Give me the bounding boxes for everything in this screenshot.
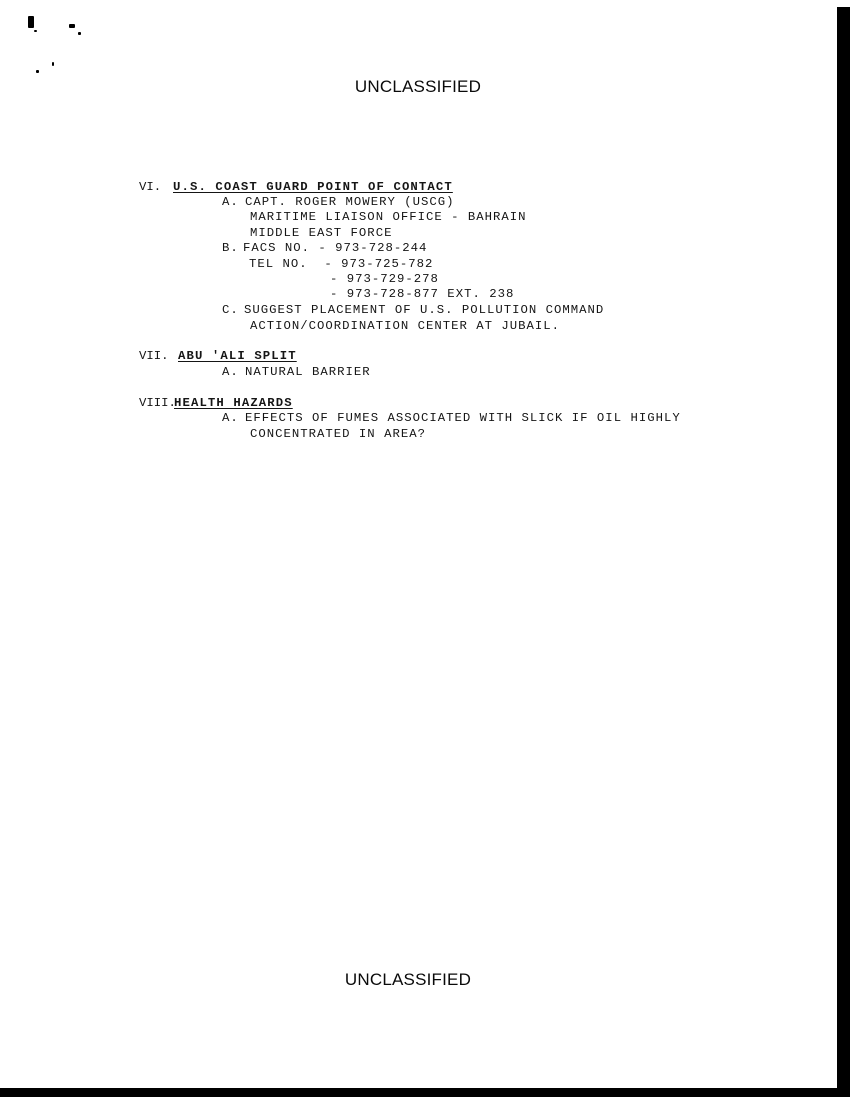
scan-speck bbox=[34, 30, 37, 32]
section-vi-item-a-label: A. bbox=[222, 195, 239, 211]
section-vi-item-b-label: B. bbox=[222, 241, 239, 257]
section-viii-item-a-label: A. bbox=[222, 411, 239, 427]
section-vi-item-a-line: CAPT. ROGER MOWERY (USCG) bbox=[245, 195, 454, 211]
section-vi-title: U.S. COAST GUARD POINT OF CONTACT bbox=[173, 180, 453, 196]
section-vi-item-c-label: C. bbox=[222, 303, 239, 319]
section-vi-item-a-line: MIDDLE EAST FORCE bbox=[250, 226, 392, 242]
section-viii-item-a-line: CONCENTRATED IN AREA? bbox=[250, 427, 426, 443]
section-vii-item-a-line: NATURAL BARRIER bbox=[245, 365, 371, 381]
section-vi-item-c-line: ACTION/COORDINATION CENTER AT JUBAIL. bbox=[250, 319, 560, 335]
scan-speck bbox=[28, 16, 34, 28]
scan-speck bbox=[69, 24, 75, 28]
scan-speck bbox=[36, 70, 39, 73]
section-viii-item-a-line: EFFECTS OF FUMES ASSOCIATED WITH SLICK I… bbox=[245, 411, 681, 427]
scan-speck bbox=[52, 62, 54, 66]
section-vii-numeral: VII. bbox=[139, 349, 169, 365]
section-vi-item-b-line: TEL NO. - 973-725-782 bbox=[249, 257, 433, 273]
section-vi-item-c-line: SUGGEST PLACEMENT OF U.S. POLLUTION COMM… bbox=[244, 303, 604, 319]
section-viii-numeral: VIII. bbox=[139, 396, 176, 412]
section-vi-numeral: VI. bbox=[139, 180, 161, 196]
section-vii-item-a-label: A. bbox=[222, 365, 239, 381]
section-vi-item-a-line: MARITIME LIAISON OFFICE - BAHRAIN bbox=[250, 210, 527, 226]
classification-marking-bottom: UNCLASSIFIED bbox=[0, 970, 833, 990]
scan-border-bottom bbox=[0, 1088, 850, 1097]
section-vii-title: ABU 'ALI SPLIT bbox=[178, 349, 297, 365]
section-vi-item-b-line: - 973-729-278 bbox=[330, 272, 439, 288]
section-vi-item-b-line: - 973-728-877 EXT. 238 bbox=[330, 287, 514, 303]
document-page: UNCLASSIFIED VI. U.S. COAST GUARD POINT … bbox=[0, 0, 850, 1105]
section-vi-item-b-line: FACS NO. - 973-728-244 bbox=[243, 241, 427, 257]
scan-speck bbox=[78, 32, 81, 35]
scan-border-right bbox=[837, 7, 850, 1105]
section-viii-title: HEALTH HAZARDS bbox=[174, 396, 293, 412]
classification-marking-top: UNCLASSIFIED bbox=[0, 77, 843, 97]
scan-bottom-strip bbox=[0, 1097, 850, 1105]
